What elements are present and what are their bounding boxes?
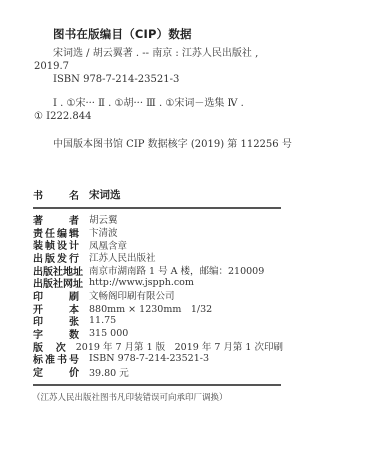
colophon-row-value: 2019 年 7 月第 1 版 2019 年 7 月第 1 次印刷: [76, 339, 283, 353]
footer-note: （江苏人民出版社图书凡印装错误可向承印厂调换）: [32, 391, 283, 403]
colophon-title-label: 书 名: [33, 187, 79, 202]
colophon-row-value: 11.75: [89, 315, 116, 326]
cip-bibliographic-entry: 宋词选 / 胡云翼著 . -- 南京 : 江苏人民出版社 , 2019.7: [34, 47, 334, 73]
colophon-row-value: 39.80 元: [89, 365, 129, 379]
colophon-row-label: 定价: [33, 364, 79, 379]
colophon-title-value: 宋词选: [89, 187, 121, 202]
cip-classification-line2: ① I222.844: [34, 110, 334, 123]
bottom-divider: [33, 384, 281, 386]
cip-isbn: ISBN 978-7-214-23521-3: [53, 73, 353, 86]
colophon-title-row: 书 名 宋词选: [33, 186, 283, 202]
colophon-row-value: http://www.jspph.com: [89, 277, 194, 288]
colophon-block: 书 名 宋词选 著者胡云翼责任编辑卞清波装帧设计凤凰含章出版发行江苏人民出版社出…: [33, 186, 283, 403]
colophon-row-value: 315 000: [89, 328, 128, 339]
colophon-row-value: 880mm × 1230mm 1/32: [89, 301, 212, 315]
colophon-row: 定价39.80 元: [33, 365, 283, 378]
cip-heading: 图书在版编目（CIP）数据: [53, 26, 192, 42]
top-divider: [33, 207, 281, 209]
colophon-row-value: 南京市湖南路 1 号 A 楼，邮编：210009: [89, 263, 264, 277]
cip-bibliographic-line2: 2019.7: [34, 60, 334, 73]
cip-verification-number: 中国版本图书馆 CIP 数据核字 (2019) 第 112256 号: [53, 138, 353, 151]
cip-classification-line1: Ⅰ . ①宋··· Ⅱ . ①胡··· Ⅲ . ①宋词－选集 Ⅳ .: [34, 97, 334, 110]
cip-classification: Ⅰ . ①宋··· Ⅱ . ①胡··· Ⅲ . ①宋词－选集 Ⅳ . ① I22…: [34, 97, 334, 123]
colophon-rows: 著者胡云翼责任编辑卞清波装帧设计凤凰含章出版发行江苏人民出版社出版社地址南京市湖…: [33, 213, 283, 378]
cip-bibliographic-line1: 宋词选 / 胡云翼著 . -- 南京 : 江苏人民出版社 ,: [34, 47, 334, 60]
copyright-page: 图书在版编目（CIP）数据 宋词选 / 胡云翼著 . -- 南京 : 江苏人民出…: [0, 0, 375, 470]
colophon-row: 字数315 000: [33, 327, 283, 340]
colophon-row-value: ISBN 978-7-214-23521-3: [89, 353, 209, 364]
